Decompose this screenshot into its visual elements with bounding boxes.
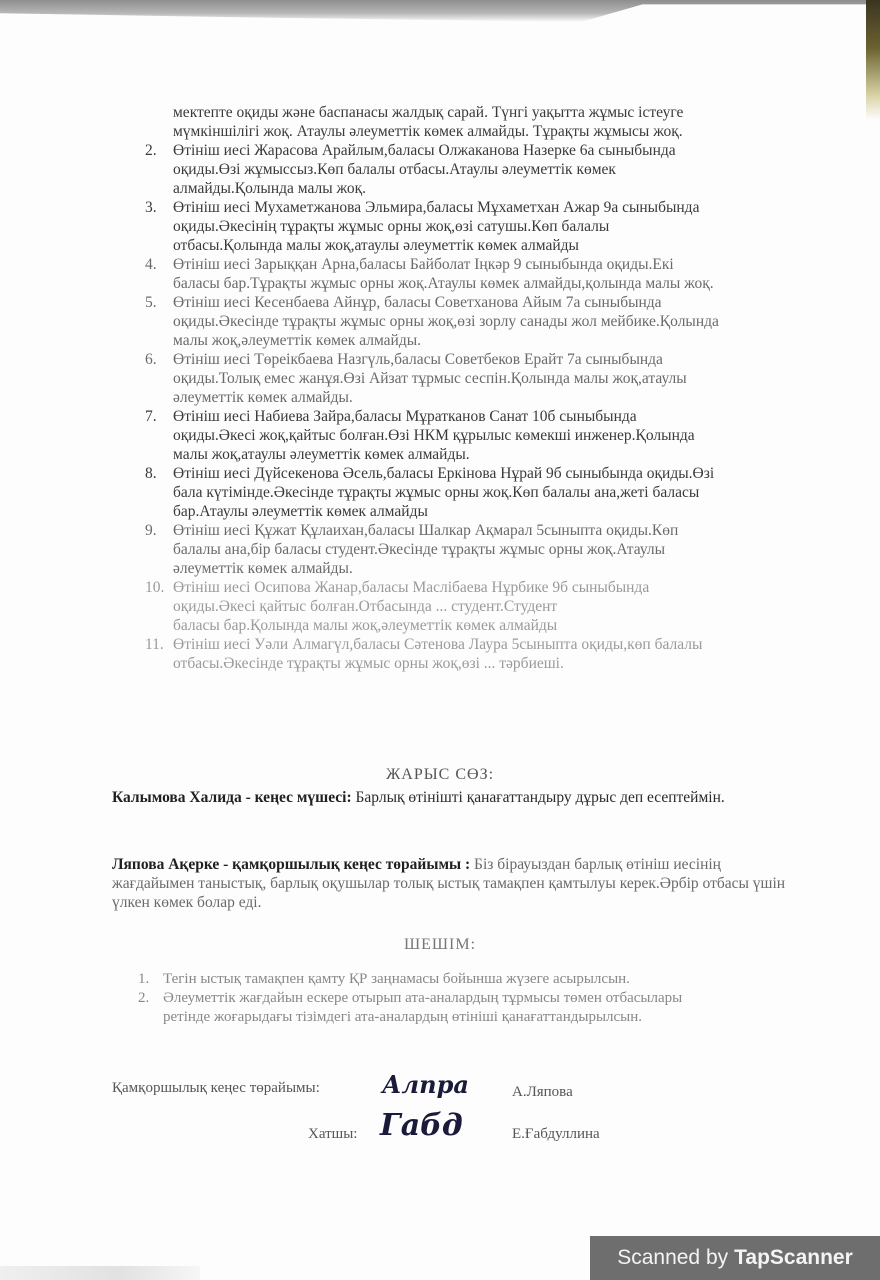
list-item: 4.Өтініш иесі Зарыққан Арна,баласы Байбо… [140,255,800,293]
text-line: мектепте оқиды және баспанасы жалдық сар… [173,103,800,122]
decision-title: ШЕШІМ: [0,936,880,954]
text-line: Өтініш иесі Уәли Алмагүл,баласы Сәтенова… [173,635,800,654]
text-line: малы жоқ,атаулы әлеуметтік көмек алмайды… [173,445,800,464]
list-item-number: 4. [145,255,157,274]
text-line: оқиды.Әкесі жоқ,қайтыс болған.Өзі НКМ құ… [173,426,800,445]
text-line: баласы бар.Тұрақты жұмыс орны жоқ.Атаулы… [173,274,800,293]
text-line: оқиды.Өзі жұмыссыз.Көп балалы отбасы.Ата… [173,160,800,179]
list-item: 6.Өтініш иесі Төреікбаева Назгүль,баласы… [140,350,800,407]
list-item: 2.Өтініш иесі Жарасова Арайлым,баласы Ол… [140,141,800,198]
text-line: бала күтімінде.Әкесінде тұрақты жұмыс ор… [173,483,800,502]
speech-speaker: Ляпова Ақерке - қамқоршылық кеңес төрайы… [112,856,470,873]
text-line: Өтініш иесі Набиева Зайра,баласы Мұратка… [173,407,800,426]
text-line: ретінде жоғарыдағы тізімдегі ата-аналард… [163,1008,810,1027]
text-line: оқиды.Әкесінің тұрақты жұмыс орны жоқ,өз… [173,217,800,236]
decision-number: 2. [138,989,149,1008]
list-item-number: 8. [145,464,157,483]
list-item-number: 7. [145,407,157,426]
text-line: әлеуметтік көмек алмайды. [173,559,800,578]
decision-number: 1. [138,970,149,989]
signature-role-secretary: Хатшы: [308,1126,357,1143]
text-line: Өтініш иесі Мухаметжанова Эльмира,баласы… [173,198,800,217]
scan-artifact [0,1266,200,1280]
list-item-continuation: мектепте оқиды және баспанасы жалдық сар… [140,103,800,141]
text-line: малы жоқ,әлеуметтік көмек алмайды. [173,331,800,350]
applications-list: мектепте оқиды және баспанасы жалдық сар… [140,103,800,673]
list-item: 8.Өтініш иесі Дүйсекенова Әсель,баласы Е… [140,464,800,521]
signature-role-chair: Қамқоршылық кеңес төрайымы: [112,1080,320,1097]
list-item-number: 9. [145,521,157,540]
text-line: алмайды.Қолында малы жоқ. [173,179,800,198]
signatory-name-chair: А.Ляпова [512,1084,573,1101]
list-item-number: 5. [145,293,157,312]
text-line: Әлеуметтік жағдайын ескере отырып ата-ан… [163,989,810,1008]
list-item: 9.Өтініш иесі Құжат Құлаихан,баласы Шалк… [140,521,800,578]
list-item: 10.Өтініш иесі Осипова Жанар,баласы Масл… [140,578,800,635]
list-item-number: 11. [145,635,164,654]
speeches-title: ЖАРЫС СӨЗ: [0,766,880,784]
text-line: бар.Атаулы әлеуметтік көмек алмайды [173,502,800,521]
list-item: 11.Өтініш иесі Уәли Алмагүл,баласы Сәтен… [140,635,800,673]
text-line: балалы ана,бір баласы студент.Әкесінде т… [173,540,800,559]
speech-text: Барлық өтінішті қанағаттандыру дұрыс деп… [352,789,725,806]
list-item-number: 10. [145,578,164,597]
speech-1: Калымова Халида - кеңес мүшесі: Барлық ө… [112,788,802,807]
text-line: Өтініш иесі Зарыққан Арна,баласы Байбола… [173,255,800,274]
text-line: мүмкіншілігі жоқ. Атаулы әлеуметтік көме… [173,122,800,141]
text-line: оқиды.Әкесі қайтыс болған.Отбасында ... … [173,597,800,616]
list-item: 3.Өтініш иесі Мухаметжанова Эльмира,бала… [140,198,800,255]
text-line: оқиды.Әкесінде тұрақты жұмыс орны жоқ,өз… [173,312,800,331]
text-line: Өтініш иесі Төреікбаева Назгүль,баласы С… [173,350,800,369]
signatory-name-secretary: Е.Ғабдуллина [512,1126,600,1143]
speech-2: Ляпова Ақерке - қамқоршылық кеңес төрайы… [112,855,802,912]
list-item-number: 6. [145,350,157,369]
scanner-watermark: Scanned byTapScanner [590,1236,880,1280]
list-item-number: 2. [145,141,157,160]
watermark-prefix: Scanned by [617,1246,728,1270]
scanned-page: мектепте оқиды және баспанасы жалдық сар… [0,0,880,1280]
watermark-brand: TapScanner [734,1246,853,1270]
text-line: Өтініш иесі Құжат Құлаихан,баласы Шалкар… [173,521,800,540]
page-right-edge [866,0,880,120]
list-item-number: 3. [145,198,157,217]
text-line: отбасы.Қолында малы жоқ,атаулы әлеуметті… [173,236,800,255]
list-item: 7.Өтініш иесі Набиева Зайра,баласы Мұрат… [140,407,800,464]
handwritten-signature-chair: Алпра [382,1070,469,1099]
text-line: Өтініш иесі Кесенбаева Айнұр, баласы Сов… [173,293,800,312]
text-line: баласы бар.Қолында малы жоқ,әлеуметтік к… [173,616,800,635]
text-line: әлеуметтік көмек алмайды. [173,388,800,407]
text-line: Тегін ыстық тамақпен қамту ҚР заңнамасы … [163,970,810,989]
text-line: Өтініш иесі Жарасова Арайлым,баласы Олжа… [173,141,800,160]
decision-list: 1.Тегін ыстық тамақпен қамту ҚР заңнамас… [130,970,810,1027]
decision-item: 2.Әлеуметтік жағдайын ескере отырып ата-… [130,989,810,1027]
decision-item: 1.Тегін ыстық тамақпен қамту ҚР заңнамас… [130,970,810,989]
list-item: 5.Өтініш иесі Кесенбаева Айнұр, баласы С… [140,293,800,350]
text-line: оқиды.Толық емес жанұя.Өзі Айзат тұрмыс … [173,369,800,388]
text-line: отбасы.Әкесінде тұрақты жұмыс орны жоқ,ө… [173,654,800,673]
text-line: Өтініш иесі Осипова Жанар,баласы Масліба… [173,578,800,597]
handwritten-signature-secretary: Габд [380,1108,463,1143]
page-top-shadow [0,0,880,22]
text-line: Өтініш иесі Дүйсекенова Әсель,баласы Ерк… [173,464,800,483]
speech-speaker: Калымова Халида - кеңес мүшесі: [112,789,352,806]
